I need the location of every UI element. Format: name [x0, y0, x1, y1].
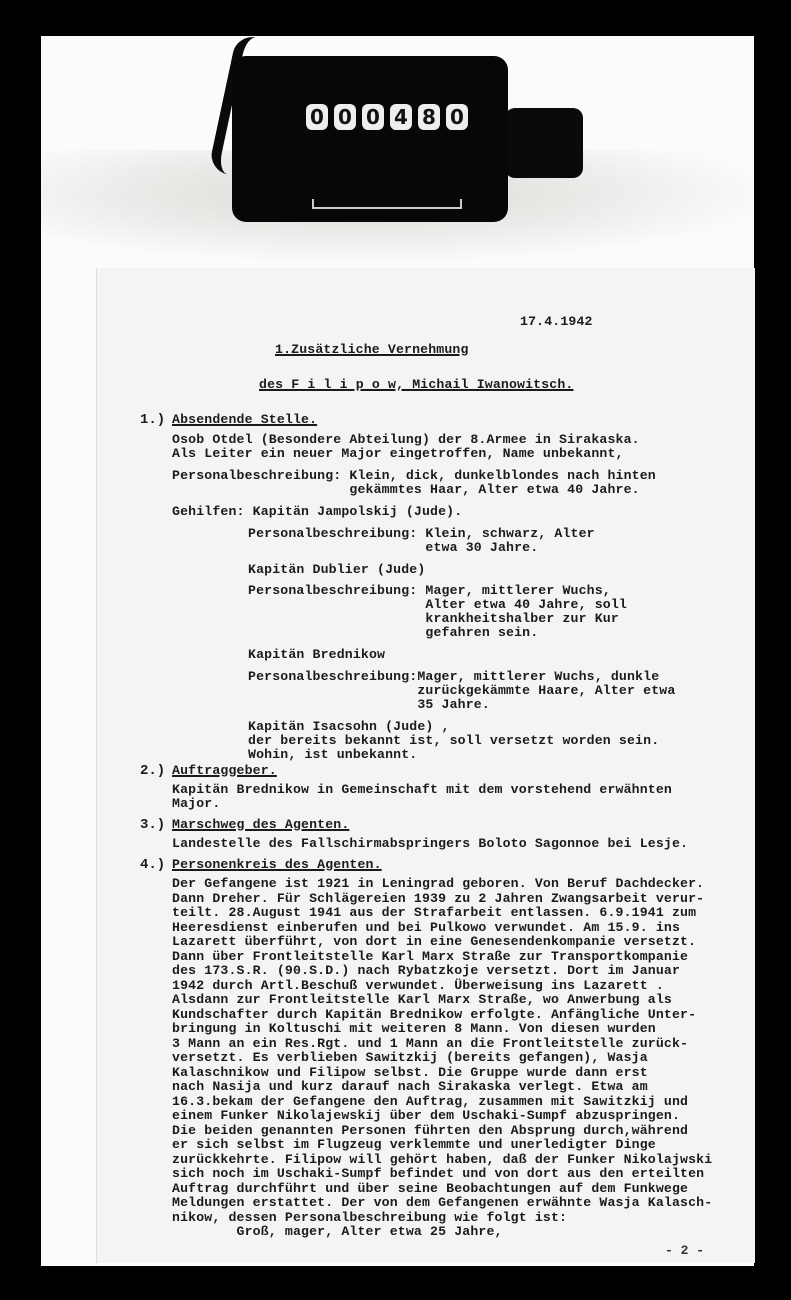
text-line: 16.3.bekam der Gefangene den Auftrag, zu…: [172, 1095, 688, 1110]
text-line: zurückkehrte. Filipow will gehört haben,…: [172, 1153, 712, 1168]
frame-counter-digits: 0 0 0 4 8 0: [306, 104, 468, 130]
frame-counter-device: [232, 56, 508, 222]
section-heading: Absendende Stelle.: [172, 413, 317, 428]
document-date: 17.4.1942: [520, 315, 593, 330]
text-line: Major.: [172, 797, 220, 812]
text-line: 35 Jahre.: [248, 698, 490, 713]
text-line: 3 Mann an ein Res.Rgt. und 1 Mann an die…: [172, 1037, 688, 1052]
text-line: er sich selbst im Flugzeug verklemmte un…: [172, 1138, 656, 1153]
counter-knob: [505, 108, 583, 178]
text-line: Gehilfen: Kapitän Jampolskij (Jude).: [172, 505, 462, 520]
text-line: Kapitän Brednikow in Gemeinschaft mit de…: [172, 783, 672, 798]
text-line: Groß, mager, Alter etwa 25 Jahre,: [172, 1225, 503, 1240]
text-line: nach Nasija und kurz darauf nach Sirakas…: [172, 1080, 648, 1095]
text-line: sich noch im Uschaki-Sumpf befindet und …: [172, 1167, 704, 1182]
section-heading: Auftraggeber.: [172, 764, 277, 779]
section-heading: Marschweg des Agenten.: [172, 818, 349, 833]
text-line: gekämmtes Haar, Alter etwa 40 Jahre.: [172, 483, 640, 498]
section-number: 4.): [140, 857, 165, 873]
text-line: teilt. 28.August 1941 aus der Strafarbei…: [172, 906, 696, 921]
text-line: Der Gefangene ist 1921 in Leningrad gebo…: [172, 877, 704, 892]
text-line: Kundschafter durch Kapitän Brednikow erf…: [172, 1008, 696, 1023]
text-line: Lazarett überführt, von dort in eine Gen…: [172, 935, 696, 950]
text-line: gefahren sein.: [248, 626, 538, 641]
counter-digit: 0: [446, 104, 468, 130]
counter-digit: 0: [362, 104, 384, 130]
text-line: Heeresdienst einberufen und bei Pulkowo …: [172, 921, 680, 936]
text-line: Auftrag durchführt und über seine Beobac…: [172, 1182, 688, 1197]
section-number: 1.): [140, 412, 165, 428]
text-line: etwa 30 Jahre.: [248, 541, 538, 556]
counter-digit: 8: [418, 104, 440, 130]
text-line: einem Funker Nikolajewskij über dem Usch…: [172, 1109, 680, 1124]
counter-digit: 0: [306, 104, 328, 130]
text-line: versetzt. Es verblieben Sawitzkij (berei…: [172, 1051, 648, 1066]
document-subtitle: des F i l i p o w, Michail Iwanowitsch.: [259, 378, 574, 393]
text-line: 1942 durch Artl.Beschuß verwundet. Überw…: [172, 979, 664, 994]
text-line: bringung in Koltuschi mit weiteren 8 Man…: [172, 1022, 656, 1037]
text-line: Kapitän Dublier (Jude): [248, 563, 425, 578]
text-line: Kalaschnikow und Filipow selbst. Die Gru…: [172, 1066, 648, 1081]
counter-digit: 0: [334, 104, 356, 130]
counter-slot: [312, 199, 462, 209]
text-line: Als Leiter ein neuer Major eingetroffen,…: [172, 447, 624, 462]
section-number: 2.): [140, 763, 165, 779]
text-line: Dann über Frontleitstelle Karl Marx Stra…: [172, 950, 688, 965]
text-line: nikow, dessen Personalbeschreibung wie f…: [172, 1211, 567, 1226]
text-line: Alsdann zur Frontleitstelle Karl Marx St…: [172, 993, 672, 1008]
text-line: Die beiden genannten Personen führten de…: [172, 1124, 688, 1139]
text-line: Landestelle des Fallschirmabspringers Bo…: [172, 837, 688, 852]
text-line: Kapitän Brednikow: [248, 648, 385, 663]
text-line: des 173.S.R. (90.S.D.) nach Rybatzkoje v…: [172, 964, 680, 979]
counter-digit: 4: [390, 104, 412, 130]
text-line: Meldungen erstattet. Der von dem Gefange…: [172, 1196, 712, 1211]
document-title: 1.Zusätzliche Vernehmung: [275, 343, 469, 358]
section-number: 3.): [140, 817, 165, 833]
page-marker: - 2 -: [665, 1243, 704, 1258]
text-line: Dann Dreher. Für Schlägereien 1939 zu 2 …: [172, 892, 704, 907]
text-line: Wohin, ist unbekannt.: [248, 748, 417, 763]
section-heading: Personenkreis des Agenten.: [172, 858, 382, 873]
